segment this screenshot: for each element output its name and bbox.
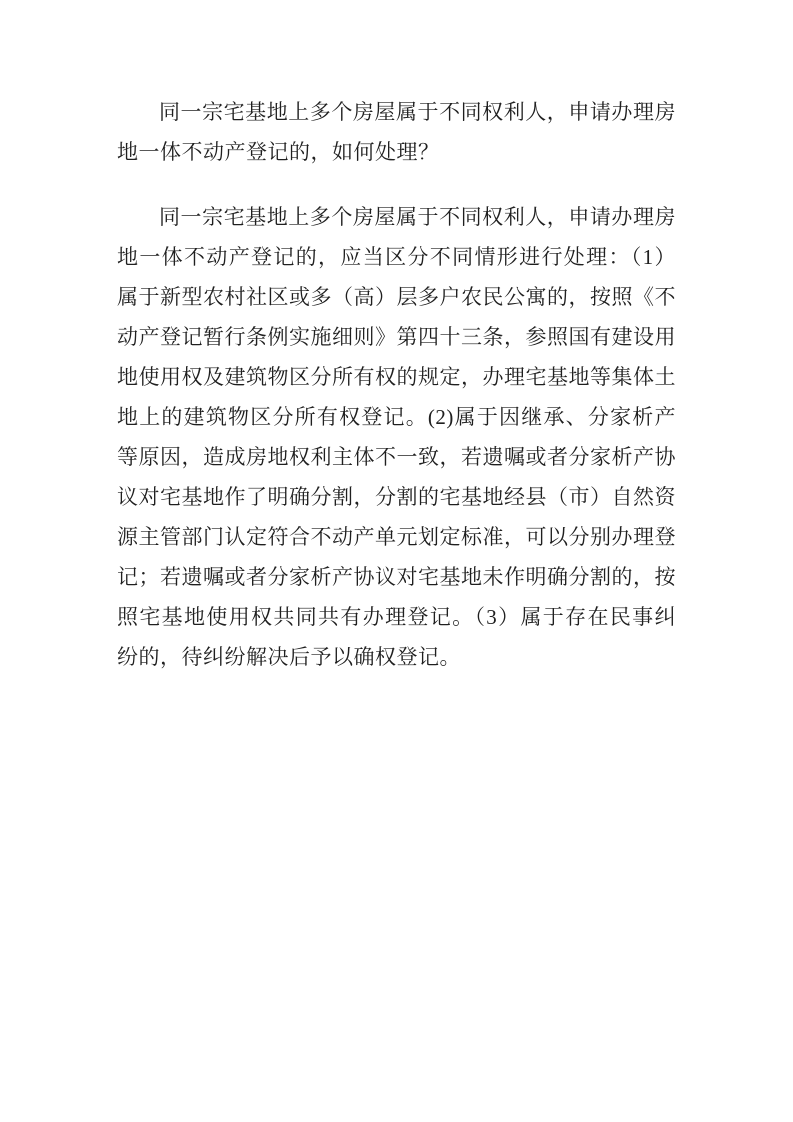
answer-paragraph: 同一宗宅基地上多个房屋属于不同权利人，申请办理房地一体不动产登记的，应当区分不同…: [117, 197, 676, 677]
question-title: 同一宗宅基地上多个房屋属于不同权利人，申请办理房地一体不动产登记的，如何处理？: [117, 92, 676, 172]
document-page: 同一宗宅基地上多个房屋属于不同权利人，申请办理房地一体不动产登记的，如何处理？ …: [0, 0, 793, 1122]
